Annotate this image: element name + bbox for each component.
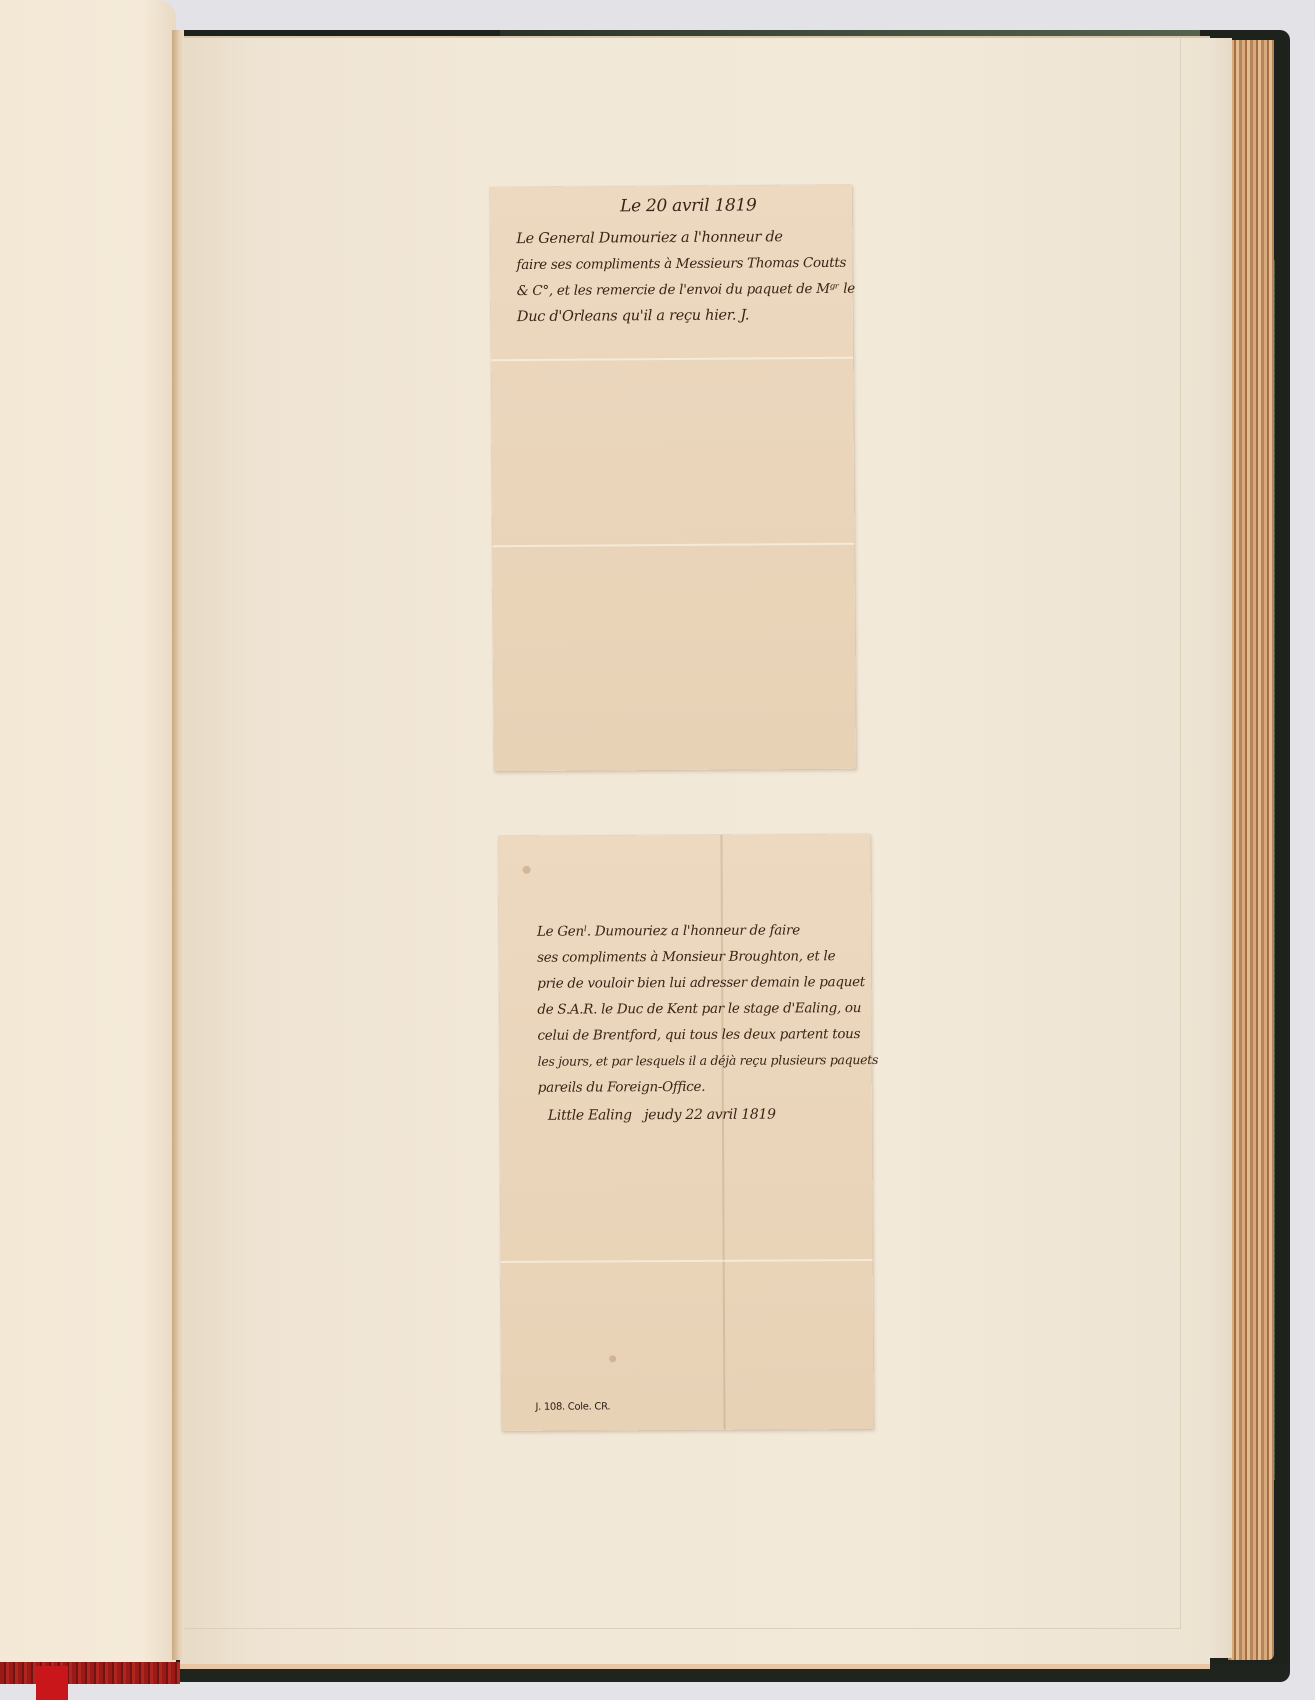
foxing-spot [609,1355,616,1362]
foxing-spot [523,866,531,874]
letter-signoff: Little Ealing jeudy 22 avril 1819 [548,1107,776,1124]
letter-line: ses compliments à Monsieur Broughton, et… [537,948,835,966]
binding-headband [0,1662,180,1684]
fold-crease [491,357,853,362]
letter-line: Le General Dumouriez a l'honneur de [516,229,782,247]
letter-line: & C°, et les remercie de l'envoi du paqu… [517,281,855,299]
letter-line: celui de Brentford, qui tous les deux pa… [537,1026,860,1044]
letter-line: Duc d'Orleans qu'il a reçu hier. J. [517,307,749,325]
letter-line: Le Genˡ. Dumouriez a l'honneur de faire [537,922,800,939]
catalog-mark: J. 108. Cole. CR. [535,1401,610,1412]
letter-1: Le 20 avril 1819 Le General Dumouriez a … [490,185,856,772]
letter-date-heading: Le 20 avril 1819 [620,195,757,216]
fold-crease [501,1259,873,1263]
page-block-fore-edge [1228,40,1274,1660]
ribbon-bookmark[interactable] [36,1666,68,1700]
letter-line: pareils du Foreign-Office. [538,1079,706,1096]
fold-crease [492,543,854,548]
letter-line: prie de vouloir bien lui adresser demain… [537,974,865,992]
letter-line: de S.A.R. le Duc de Kent par le stage d'… [537,1000,861,1018]
letter-line: les jours, et par lesquels il a déjà reç… [538,1052,879,1069]
letter-2: Le Genˡ. Dumouriez a l'honneur de faire … [498,834,873,1431]
left-page [0,0,176,1665]
gutter [172,30,184,1660]
letter-line: faire ses compliments à Messieurs Thomas… [516,255,846,273]
